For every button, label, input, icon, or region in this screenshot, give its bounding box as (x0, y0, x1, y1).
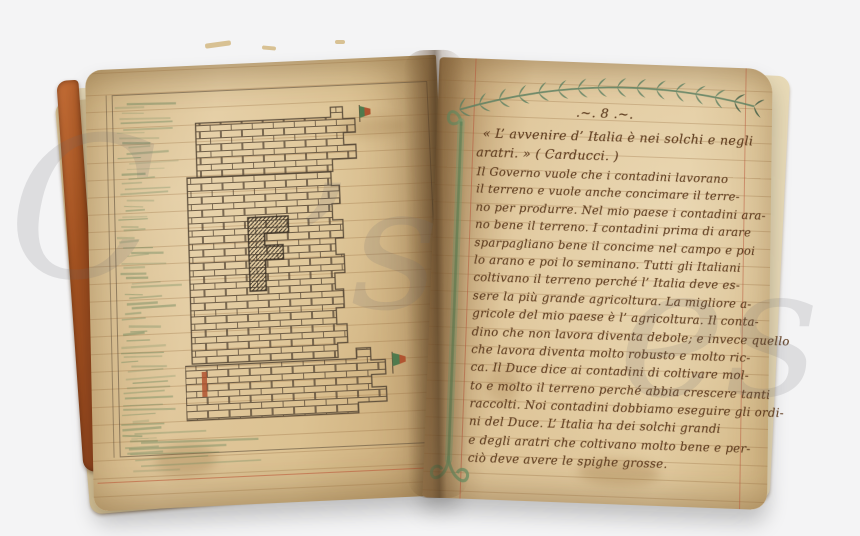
left-page (85, 55, 457, 512)
photo-open-notebook: .~. 8 .~. « L’ avvenire d’ Italia è nei … (0, 0, 860, 536)
orange-crayon-mark (202, 372, 208, 397)
wall-upper-band (195, 106, 357, 177)
brick-wall-drawing (178, 89, 447, 459)
quote-block: « L’ avvenire d’ Italia è nei solchi e n… (482, 123, 764, 169)
essay-text: Il Governo vuole che i contadini lavoran… (468, 163, 765, 477)
torn-paper-speck (262, 45, 276, 50)
green-scribble-column (114, 96, 188, 457)
wall-main (187, 171, 348, 364)
italian-flag-icon (392, 351, 406, 373)
italian-flag-icon (359, 104, 371, 121)
torn-paper-speck (205, 40, 231, 49)
right-page: .~. 8 .~. « L’ avvenire d’ Italia è nei … (422, 57, 772, 510)
torn-paper-speck (335, 40, 345, 44)
